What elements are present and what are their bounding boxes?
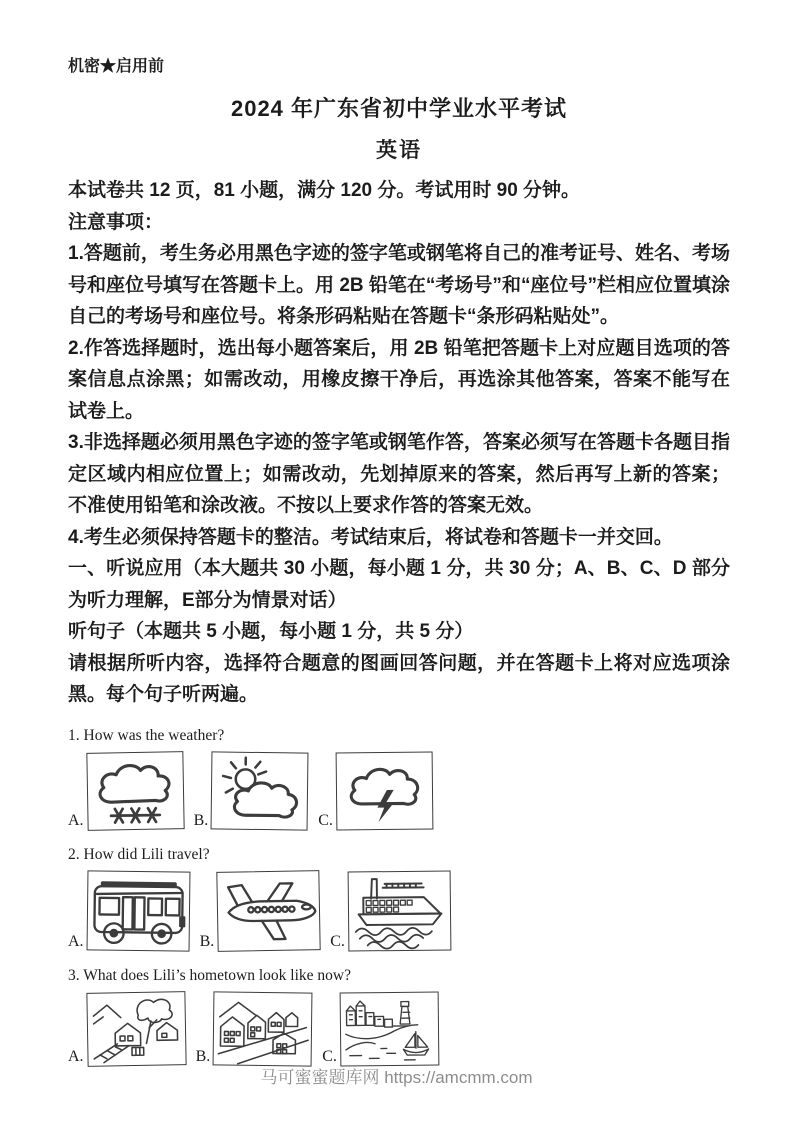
lightning-cloud-image [336,751,434,830]
town-scene-icon [214,992,312,1065]
lightning-cloud-icon [337,752,433,829]
subject-title: 英语 [68,138,730,163]
bus-icon [87,871,189,950]
option-label-b: B. [194,813,209,829]
sun-behind-cloud-image [211,751,309,830]
snow-cloud-image [86,751,184,831]
question-2-option-b: B. [200,871,321,951]
snow-cloud-icon [87,752,183,830]
exam-info-line: 本试卷共 12 页，81 小题，满分 120 分。考试用时 90 分钟。 [68,175,730,207]
question-3-option-c: C. [322,992,439,1066]
option-label-c: C. [330,934,345,950]
footer-watermark: 马可蜜蜜题库网 https://amcmm.com [0,1063,793,1088]
confidential-label: 机密★启用前 [68,57,730,77]
seaside-scene-icon [341,992,439,1065]
airplane-image [217,870,321,952]
notice-heading: 注意事项： [68,207,730,239]
option-label-a: A. [68,934,84,950]
question-3-option-b: B. [196,992,313,1066]
notice-item-2: 2.作答选择题时，选出每小题答案后，用 2B 铅笔把答题卡上对应题目选项的答案信… [68,333,730,428]
exam-paper-page: 机密★启用前 2024 年广东省初中学业水平考试 英语 本试卷共 12 页，81… [0,0,793,1122]
question-2-text: 2. How did Lili travel? [68,845,730,864]
question-1-option-c: C. [318,752,433,830]
question-1-text: 1. How was the weather? [68,726,730,745]
ship-image [347,870,451,951]
listen-sentences-heading: 听句子（本题共 5 小题，每小题 1 分，共 5 分） [68,616,730,648]
question-2-option-a: A. [68,871,190,951]
question-1-options: A. B. [68,752,730,830]
village-scene-icon [87,992,185,1066]
listening-instructions: 请根据所听内容，选择符合题意的图画回答问题，并在答题卡上将对应选项涂黑。每个句子… [68,648,730,711]
notice-item-4: 4.考生必须保持答题卡的整洁。考试结束后，将试卷和答题卡一并交回。 [68,522,730,554]
notice-item-1: 1.答题前，考生务必用黑色字迹的签字笔或钢笔将自己的准考证号、姓名、考场号和座位… [68,238,730,333]
option-label-a: A. [68,813,84,829]
page-title: 2024 年广东省初中学业水平考试 [68,96,730,122]
question-2-option-c: C. [330,871,451,951]
notice-section: 本试卷共 12 页，81 小题，满分 120 分。考试用时 90 分钟。 注意事… [68,175,730,711]
option-label-c: C. [318,813,333,829]
question-2-options: A. [68,871,730,951]
question-3: 3. What does Lili’s hometown look like n… [68,966,730,1066]
question-1: 1. How was the weather? A. [68,726,730,830]
village-scene-image [86,991,186,1067]
part-one-heading: 一、听说应用（本大题共 30 小题，每小题 1 分，共 30 分；A、B、C、D… [68,553,730,616]
question-2: 2. How did Lili travel? A. [68,845,730,951]
question-3-text: 3. What does Lili’s hometown look like n… [68,966,730,985]
sun-behind-cloud-icon [212,752,308,829]
option-label-b: B. [200,934,215,950]
bus-image [86,870,190,951]
ship-icon [349,871,451,950]
question-1-option-a: A. [68,752,184,830]
question-3-options: A. [68,992,730,1066]
question-1-option-b: B. [194,752,309,830]
notice-item-3: 3.非选择题必须用黑色字迹的签字笔或钢笔作答，答案必须写在答题卡各题目指定区域内… [68,427,730,522]
airplane-icon [218,871,320,951]
town-scene-image [213,991,313,1066]
question-3-option-a: A. [68,992,186,1066]
seaside-scene-image [340,991,440,1066]
